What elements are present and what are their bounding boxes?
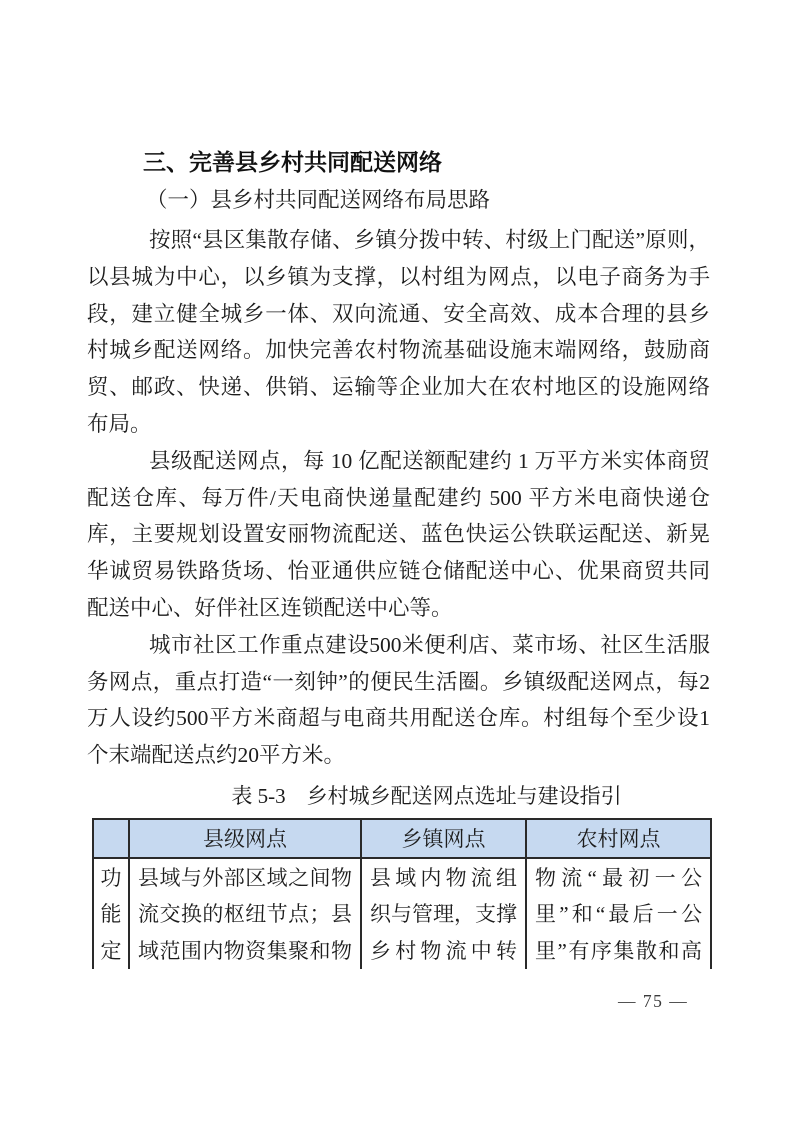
table-header-cell-village: 农村网点 <box>526 819 711 858</box>
document-content: 三、完善县乡村共同配送网络 （一）县乡村共同配送网络布局思路 按照“县区集散存储… <box>87 0 710 969</box>
table-cell-county-function: 县域与外部区域之间物 流交换的枢纽节点；县 域范围内物资集聚和物 <box>129 858 361 969</box>
body-text: 按照“县区集散存储、乡镇分拨中转、村级上门配送”原则，以县城为中心，以乡镇为支撑… <box>87 222 710 774</box>
body-paragraph-2: 县级配送网点，每 10 亿配送额配建约 1 万平方米实体商贸配送仓库、每万件/天… <box>87 443 710 627</box>
table-header-row: 县级网点 乡镇网点 农村网点 <box>93 819 711 858</box>
section-heading: 三、完善县乡村共同配送网络 <box>87 147 710 178</box>
table-header-cell-county: 县级网点 <box>129 819 361 858</box>
body-paragraph-1: 按照“县区集散存储、乡镇分拨中转、村级上门配送”原则，以县城为中心，以乡镇为支撑… <box>87 222 710 443</box>
page-number: — 75 — <box>618 991 688 1012</box>
table-row-function: 功 能 定 县域与外部区域之间物 流交换的枢纽节点；县 域范围内物资集聚和物 县… <box>93 858 711 969</box>
table-header-cell-blank <box>93 819 129 858</box>
body-paragraph-3: 城市社区工作重点建设500米便利店、菜市场、社区生活服务网点，重点打造“一刻钟”… <box>87 627 710 774</box>
table-cell-township-function: 县域内物流组 织与管理，支撑 乡村物流中转 <box>361 858 526 969</box>
table-header-cell-township: 乡镇网点 <box>361 819 526 858</box>
table-row-label: 功 能 定 <box>93 858 129 969</box>
table-caption: 表 5-3 乡村城乡配送网点选址与建设指引 <box>87 781 710 811</box>
table-cell-village-function: 物流“最初一公 里”和“最后一公 里”有序集散和高 <box>526 858 711 969</box>
subsection-heading: （一）县乡村共同配送网络布局思路 <box>87 185 710 216</box>
document-page: 三、完善县乡村共同配送网络 （一）县乡村共同配送网络布局思路 按照“县区集散存储… <box>0 0 793 1122</box>
distribution-network-table: 县级网点 乡镇网点 农村网点 功 能 定 县域与外部区域之间物 流交换的枢纽节点… <box>92 818 712 969</box>
